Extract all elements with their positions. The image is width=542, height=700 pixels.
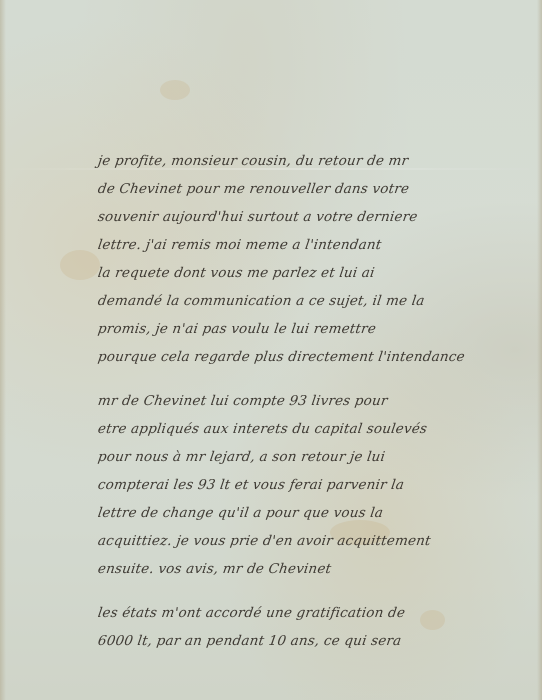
paragraph-3: les états m'ont accordé une gratificatio… [96,599,526,655]
text-line: souvenir aujourd'hui surtout a votre der… [96,203,530,231]
text-line: compterai les 93 lt et vous ferai parven… [96,471,530,499]
paper-stain [60,250,100,280]
text-line: pour nous à mr lejard, a son retour je l… [96,443,530,471]
text-line: lettre de change qu'il a pour que vous l… [96,499,530,527]
manuscript-page: je profite, monsieur cousin, du retour d… [0,0,542,700]
paper-edge-right [537,0,542,700]
text-line: pourque cela regarde plus directement l'… [96,343,530,371]
text-line: promis, je n'ai pas voulu le lui remettr… [96,315,530,343]
handwritten-text: je profite, monsieur cousin, du retour d… [96,147,526,655]
text-line: 6000 lt, par an pendant 10 ans, ce qui s… [96,627,530,655]
paragraph-1: je profite, monsieur cousin, du retour d… [96,147,526,371]
text-line: les états m'ont accordé une gratificatio… [96,599,530,627]
paragraph-2: mr de Chevinet lui compte 93 livres pour… [96,387,526,583]
text-line: mr de Chevinet lui compte 93 livres pour [96,387,530,415]
text-line: etre appliqués aux interets du capital s… [96,415,530,443]
text-line: acquittiez. je vous prie d'en avoir acqu… [96,527,530,555]
text-line: la requete dont vous me parlez et lui ai [96,259,530,287]
paper-stain [160,80,190,100]
text-line: je profite, monsieur cousin, du retour d… [96,147,530,175]
text-line: demandé la communication a ce sujet, il … [96,287,530,315]
paper-edge-left [0,0,6,700]
text-line: ensuite. vos avis, mr de Chevinet [96,555,530,583]
text-line: de Chevinet pour me renouveller dans vot… [96,175,530,203]
text-line: lettre. j'ai remis moi meme a l'intendan… [96,231,530,259]
